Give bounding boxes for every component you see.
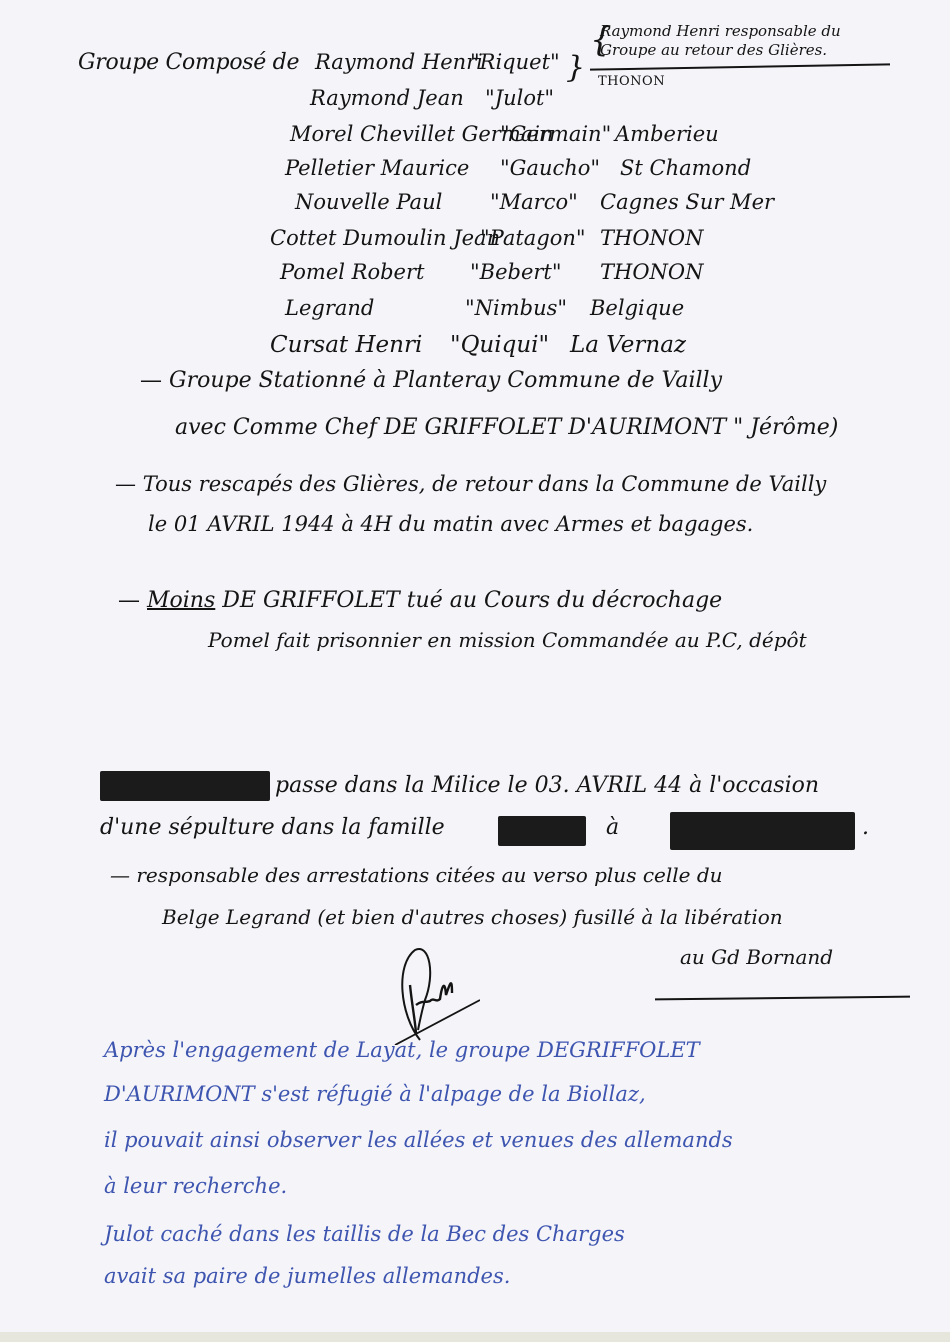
milice-line-2-mid: à — [606, 815, 619, 840]
milice-line-4: Belge Legrand (et bien d'autres choses) … — [162, 905, 783, 929]
member-alias: "Riquet" — [470, 50, 560, 74]
point-line: Tous rescapés des Glières, de retour dan… — [143, 472, 827, 496]
member-alias: "Germain" — [500, 122, 611, 146]
member-place: THONON — [600, 260, 704, 284]
point-line: avec Comme Chef DE GRIFFOLET D'AURIMONT … — [175, 415, 838, 440]
minus-label: Moins — [147, 588, 215, 613]
signature-icon — [390, 945, 480, 1045]
side-note-place: THONON — [598, 74, 665, 89]
member-name: Pomel Robert — [280, 260, 424, 284]
side-note: Raymond Henri responsable du Groupe au r… — [600, 22, 841, 60]
member-name: Legrand — [285, 296, 374, 320]
member-name: Raymond Henri — [315, 50, 483, 74]
redaction-block — [670, 812, 855, 850]
blue-note-line: D'AURIMONT s'est réfugié à l'alpage de l… — [104, 1082, 646, 1106]
milice-line-2: d'une sépulture dans la famille — [100, 815, 445, 840]
point-minus: — Moins DE GRIFFOLET tué au Cours du déc… — [118, 588, 722, 613]
side-note-line: Groupe au retour des Glières. — [600, 41, 841, 60]
bullet-dash: — — [140, 368, 162, 393]
member-alias: "Julot" — [485, 86, 554, 110]
point-return-date: le 01 AVRIL 1944 à 4H du matin avec Arme… — [148, 512, 753, 536]
member-name: Pelletier Maurice — [285, 156, 469, 180]
blue-note-line: il pouvait ainsi observer les allées et … — [104, 1128, 733, 1152]
member-place: Belgique — [590, 296, 684, 320]
milice-line-3: — responsable des arrestations citées au… — [110, 863, 723, 887]
bullet-dash: — — [115, 472, 136, 496]
redaction-block — [498, 816, 586, 846]
page-bottom-edge — [0, 1332, 950, 1342]
point-chief: avec Comme Chef DE GRIFFOLET D'AURIMONT … — [175, 415, 838, 440]
group-intro: Groupe Composé de — [78, 50, 299, 75]
member-name: Cursat Henri — [270, 332, 422, 358]
brace-icon: } — [566, 50, 585, 85]
member-alias: "Gaucho" — [500, 156, 600, 180]
milice-line-1: passe dans la Milice le 03. AVRIL 44 à l… — [275, 773, 819, 798]
side-note-underline — [590, 63, 890, 70]
blue-note-line: avait sa paire de jumelles allemandes. — [104, 1264, 510, 1288]
member-alias: "Quiqui" — [450, 332, 549, 358]
point-line: DE GRIFFOLET tué au Cours du décrochage — [222, 588, 722, 613]
member-place: Cagnes Sur Mer — [600, 190, 774, 214]
member-place: La Vernaz — [570, 332, 686, 358]
point-pomel: Pomel fait prisonnier en mission Command… — [208, 628, 807, 652]
group-intro-text: Groupe Composé de — [78, 50, 299, 75]
member-name: Raymond Jean — [310, 86, 464, 110]
blue-note-line: Après l'engagement de Layat, le groupe D… — [104, 1038, 700, 1062]
point-return: — Tous rescapés des Glières, de retour d… — [115, 472, 826, 496]
member-alias: "Marco" — [490, 190, 578, 214]
member-place: THONON — [600, 226, 704, 250]
milice-line-2-prefix: d'une sépulture dans la famille — [100, 815, 445, 840]
bullet-dash: — — [118, 588, 140, 613]
document-page: Groupe Composé de { Raymond Henri respon… — [0, 0, 950, 1332]
point-line: le 01 AVRIL 1944 à 4H du matin avec Arme… — [148, 512, 753, 536]
blue-note-line: à leur recherche. — [104, 1174, 287, 1198]
redaction-block — [100, 771, 270, 801]
side-note-line: Raymond Henri responsable du — [600, 22, 841, 41]
member-name: Nouvelle Paul — [295, 190, 442, 214]
milice-line-5: au Gd Bornand — [680, 945, 833, 969]
member-alias: "Patagon" — [480, 226, 586, 250]
closing-rule — [655, 996, 910, 1001]
point-line: Groupe Stationné à Planteray Commune de … — [169, 368, 722, 393]
member-place: Amberieu — [615, 122, 719, 146]
member-name: Cottet Dumoulin Jean — [270, 226, 500, 250]
member-place: St Chamond — [620, 156, 751, 180]
member-alias: "Nimbus" — [465, 296, 567, 320]
blue-note-line: Julot caché dans les taillis de la Bec d… — [104, 1222, 625, 1246]
milice-line-2-end: . — [862, 815, 869, 840]
point-line: Pomel fait prisonnier en mission Command… — [208, 628, 807, 652]
point-stationed: — Groupe Stationné à Planteray Commune d… — [140, 368, 722, 393]
member-alias: "Bebert" — [470, 260, 562, 284]
